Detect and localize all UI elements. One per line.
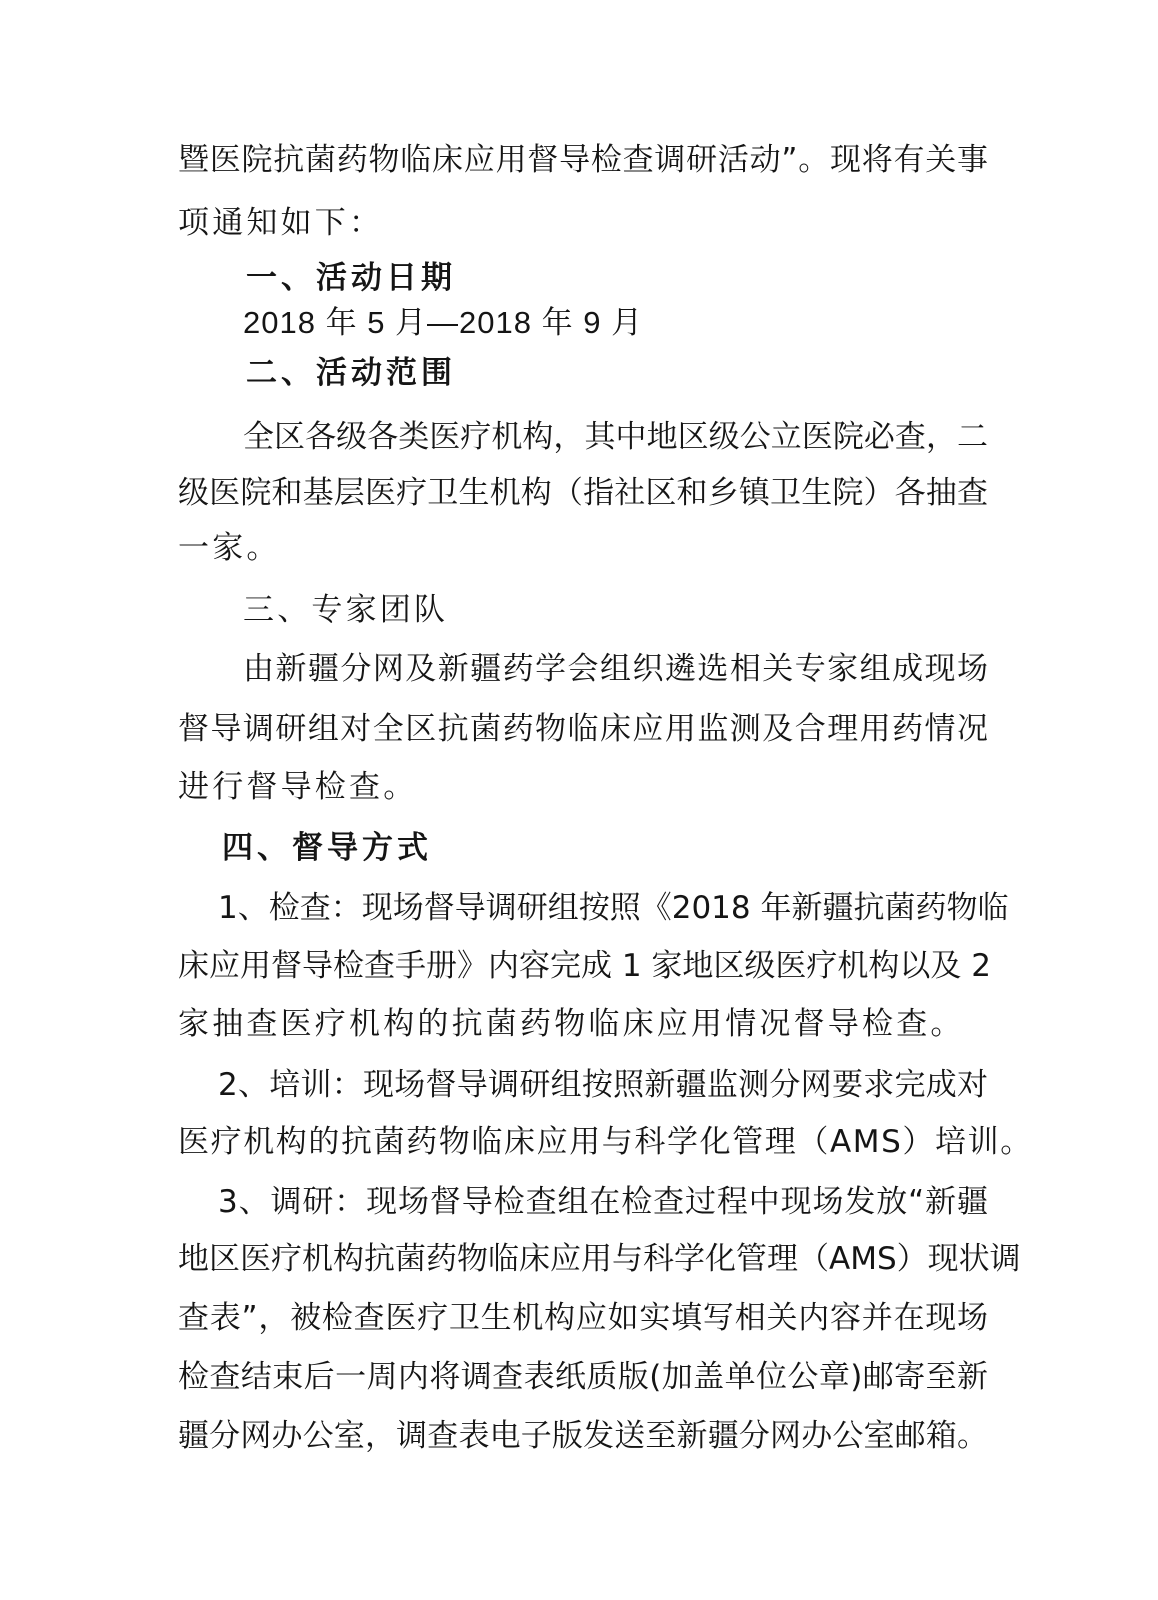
intro-line-1: 暨医院抗菌药物临床应用督导检查调研活动”。现将有关事 [178, 140, 988, 180]
section-4-heading: 四、督导方式 [222, 828, 1032, 868]
section-3-heading: 三、专家团队 [243, 590, 1053, 630]
section-2-line-2: 级医院和基层医疗卫生机构（指社区和乡镇卫生院）各抽查 [178, 473, 988, 513]
item-3-line-4: 检查结束后一周内将调查表纸质版(加盖单位公章)邮寄至新 [178, 1357, 988, 1397]
item-3-line-5: 疆分网办公室，调查表电子版发送至新疆分网办公室邮箱。 [178, 1416, 988, 1456]
intro-line-2: 项通知如下： [178, 203, 988, 243]
activity-date-range: 2018 年 5 月—2018 年 9 月 [243, 303, 1053, 343]
section-2-line-3: 一家。 [178, 528, 988, 568]
item-1-line-1: 1、检查：现场督导调研组按照《2018 年新疆抗菌药物临 [218, 888, 988, 928]
item-3-line-2: 地区医疗机构抗菌药物临床应用与科学化管理（AMS）现状调 [178, 1239, 988, 1279]
item-2-line-1: 2、培训：现场督导调研组按照新疆监测分网要求完成对 [218, 1065, 988, 1105]
item-3-line-3: 查表”，被检查医疗卫生机构应如实填写相关内容并在现场 [178, 1298, 988, 1338]
section-3-line-3: 进行督导检查。 [178, 767, 988, 807]
item-3-line-1: 3、调研：现场督导检查组在检查过程中现场发放“新疆 [218, 1182, 988, 1222]
item-1-line-2: 床应用督导检查手册》内容完成 1 家地区级医疗机构以及 2 [178, 946, 988, 986]
document-page: 暨医院抗菌药物临床应用督导检查调研活动”。现将有关事 项通知如下： 一、活动日期… [0, 0, 1158, 1600]
section-3-line-1: 由新疆分网及新疆药学会组织遴选相关专家组成现场 [243, 649, 988, 689]
item-2-line-2: 医疗机构的抗菌药物临床应用与科学化管理（AMS）培训。 [178, 1122, 988, 1162]
section-3-line-2: 督导调研组对全区抗菌药物临床应用监测及合理用药情况 [178, 709, 988, 749]
item-1-line-3: 家抽查医疗机构的抗菌药物临床应用情况督导检查。 [178, 1004, 988, 1044]
section-1-heading: 一、活动日期 [246, 258, 1056, 298]
section-2-heading: 二、活动范围 [246, 353, 1056, 393]
section-2-line-1: 全区各级各类医疗机构，其中地区级公立医院必查，二 [243, 417, 988, 457]
